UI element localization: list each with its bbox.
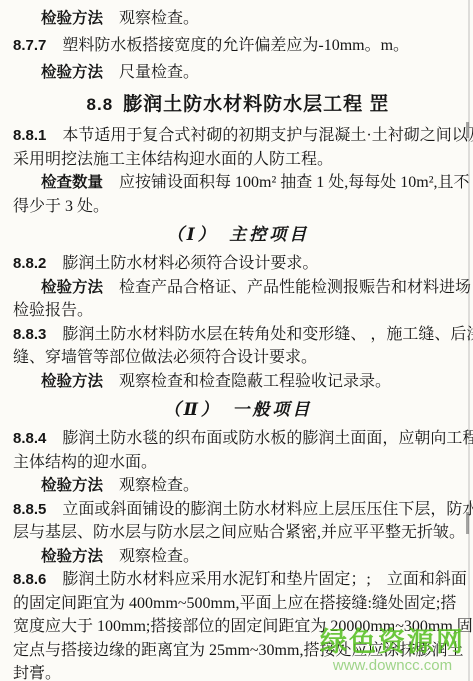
scanned-document-page: 检验方法 观察检查。8.7.7 塑料防水板搭接宽度的允许偏差应为-10mm。m。…: [0, 0, 473, 681]
clause-number: 8.8: [87, 95, 114, 114]
method-line: 检验方法 观察检查。: [13, 5, 463, 32]
line-text: 封膏。: [13, 665, 61, 681]
continuation-line: 缝、穿墙管等部位做法必须符合设计要求。: [13, 346, 463, 370]
line-text: 膨润土防水毯的织布面或防水板的膨润土面面，应朝向工程: [46, 430, 473, 447]
lead-label: 检查数量: [41, 174, 103, 191]
clause-line: 8.8.5 立面或斜面铺设的膨润土防水材料应上层压压住下层，防水: [13, 498, 463, 522]
line-text: 检验报告。: [13, 302, 93, 319]
continuation-line: 主体结构的迎水面。: [13, 451, 463, 475]
sub-heading: （Ⅰ） 主控项目: [13, 223, 463, 247]
lead-label: 检验方法: [41, 548, 103, 565]
lead-label: 检验方法: [41, 64, 103, 81]
line-text: 观察检查和检查隐蔽工程验收记录录。: [103, 373, 391, 390]
continuation-line: 层与基层、防水层与防水层之间应贴合紧密,并应平平整无折皱。: [13, 521, 463, 545]
line-text: （Ⅰ） 主控项目: [167, 225, 309, 244]
lead-label: 检验方法: [41, 279, 103, 296]
method-line: 检验方法 观察检查。: [13, 545, 463, 569]
line-text: 主体结构的迎水面。: [13, 454, 157, 471]
line-text: 膨润土防水材料必须符合设计要求。: [46, 255, 318, 272]
line-text: 观察检查。: [103, 477, 199, 494]
method-line: 检验方法 观察检查和检查隐蔽工程验收记录录。: [13, 370, 463, 394]
line-text: 宽度应大于 100mm;搭接部位的固定间距宜为 20000mm~300mm,固: [13, 618, 473, 635]
clause-number: 8.8.4: [13, 430, 46, 447]
method-line: 检查数量 应按铺设面积每 100m² 抽查 1 处,每每处 10m²,且不: [13, 171, 463, 195]
clause-number: 8.8.6: [13, 571, 46, 588]
line-text: 观察检查。: [103, 10, 199, 27]
line-text: 膨润土防水材料应采用水泥钉和垫片固定；; 立面和斜面: [46, 571, 466, 588]
method-line: 检验方法 观察检查。: [13, 474, 463, 498]
continuation-line: 封膏。: [13, 662, 463, 681]
continuation-line: 得少于 3 处。: [13, 195, 463, 219]
line-text: 应按铺设面积每 100m² 抽查 1 处,每每处 10m²,且不: [103, 174, 470, 191]
line-text: 膨润土防水材料防水层工程 罡: [123, 94, 389, 115]
line-text: 立面或斜面铺设的膨润土防水材料应上层压压住下层，防水: [46, 501, 473, 518]
clause-line: 8.8.6 膨润土防水材料应采用水泥钉和垫片固定；; 立面和斜面: [13, 568, 463, 592]
line-text: 的固定间距宜为 400mm~500mm,平面上应在搭接缝:缝处固定;搭: [13, 595, 456, 612]
line-text: 层与基层、防水层与防水层之间应贴合紧密,并应平平整无折皱。: [13, 524, 465, 541]
clause-number: 8.8.3: [13, 326, 46, 343]
clause-line: 8.8.2 膨润土防水材料必须符合设计要求。: [13, 252, 463, 276]
line-text: 缝、穿墙管等部位做法必须符合设计要求。: [13, 349, 317, 366]
clause-number: 8.8.1: [13, 127, 46, 144]
continuation-line: 的固定间距宜为 400mm~500mm,平面上应在搭接缝:缝处固定;搭: [13, 592, 463, 616]
continuation-line: 宽度应大于 100mm;搭接部位的固定间距宜为 20000mm~300mm,固: [13, 615, 463, 639]
line-text: 检查产品合格证、产品性能检测报赈告和材料进场: [103, 279, 471, 296]
clause-line: 8.8.1 本节适用于复合式衬砌的初期支护与混凝土·土衬砌之间以及: [13, 124, 463, 148]
scan-edge-artifact: [468, 0, 470, 681]
method-line: 检验方法 尺量检查。: [13, 59, 463, 86]
clause-number: 8.8.5: [13, 501, 46, 518]
sub-heading: （Ⅱ） 一般项目: [13, 398, 463, 422]
line-text: 得少于 3 处。: [13, 198, 109, 215]
continuation-line: 检验报告。: [13, 299, 463, 323]
lead-label: 检验方法: [41, 373, 103, 390]
document-text-block: 检验方法 观察检查。8.7.7 塑料防水板搭接宽度的允许偏差应为-10mm。m。…: [0, 0, 473, 681]
clause-line: 8.8.3 膨润土防水材料防水层在转角处和变形缝、 ，施工缝、后浇: [13, 323, 463, 347]
lead-label: 检验方法: [41, 10, 103, 27]
line-text: 观察检查。: [103, 548, 199, 565]
section-heading: 8.8膨润土防水材料防水层工程 罡: [13, 92, 463, 118]
scan-edge-artifact: [466, 512, 469, 534]
clause-number: 8.8.2: [13, 255, 46, 272]
line-text: （Ⅱ） 一般项目: [164, 400, 313, 419]
line-text: 定点与搭接边缘的距离宜为 25mm~30mm,搭接处应应涂抹膨润土: [13, 642, 463, 659]
line-text: 采用明挖法施工主体结构迎水面的人防工程。: [13, 151, 333, 168]
line-text: 膨润土防水材料防水层在转角处和变形缝、 ，施工缝、后浇: [46, 326, 473, 343]
continuation-line: 采用明挖法施工主体结构迎水面的人防工程。: [13, 148, 463, 172]
clause-number: 8.7.7: [13, 37, 46, 54]
scan-edge-artifact: [466, 122, 469, 138]
continuation-line: 定点与搭接边缘的距离宜为 25mm~30mm,搭接处应应涂抹膨润土: [13, 639, 463, 663]
method-line: 检验方法 检查产品合格证、产品性能检测报赈告和材料进场: [13, 276, 463, 300]
line-text: 尺量检查。: [103, 64, 199, 81]
clause-line: 8.7.7 塑料防水板搭接宽度的允许偏差应为-10mm。m。: [13, 32, 463, 59]
lead-label: 检验方法: [41, 477, 103, 494]
line-text: 塑料防水板搭接宽度的允许偏差应为-10mm。m。: [46, 37, 409, 54]
clause-line: 8.8.4 膨润土防水毯的织布面或防水板的膨润土面面，应朝向工程: [13, 427, 463, 451]
line-text: 本节适用于复合式衬砌的初期支护与混凝土·土衬砌之间以及: [46, 127, 473, 144]
